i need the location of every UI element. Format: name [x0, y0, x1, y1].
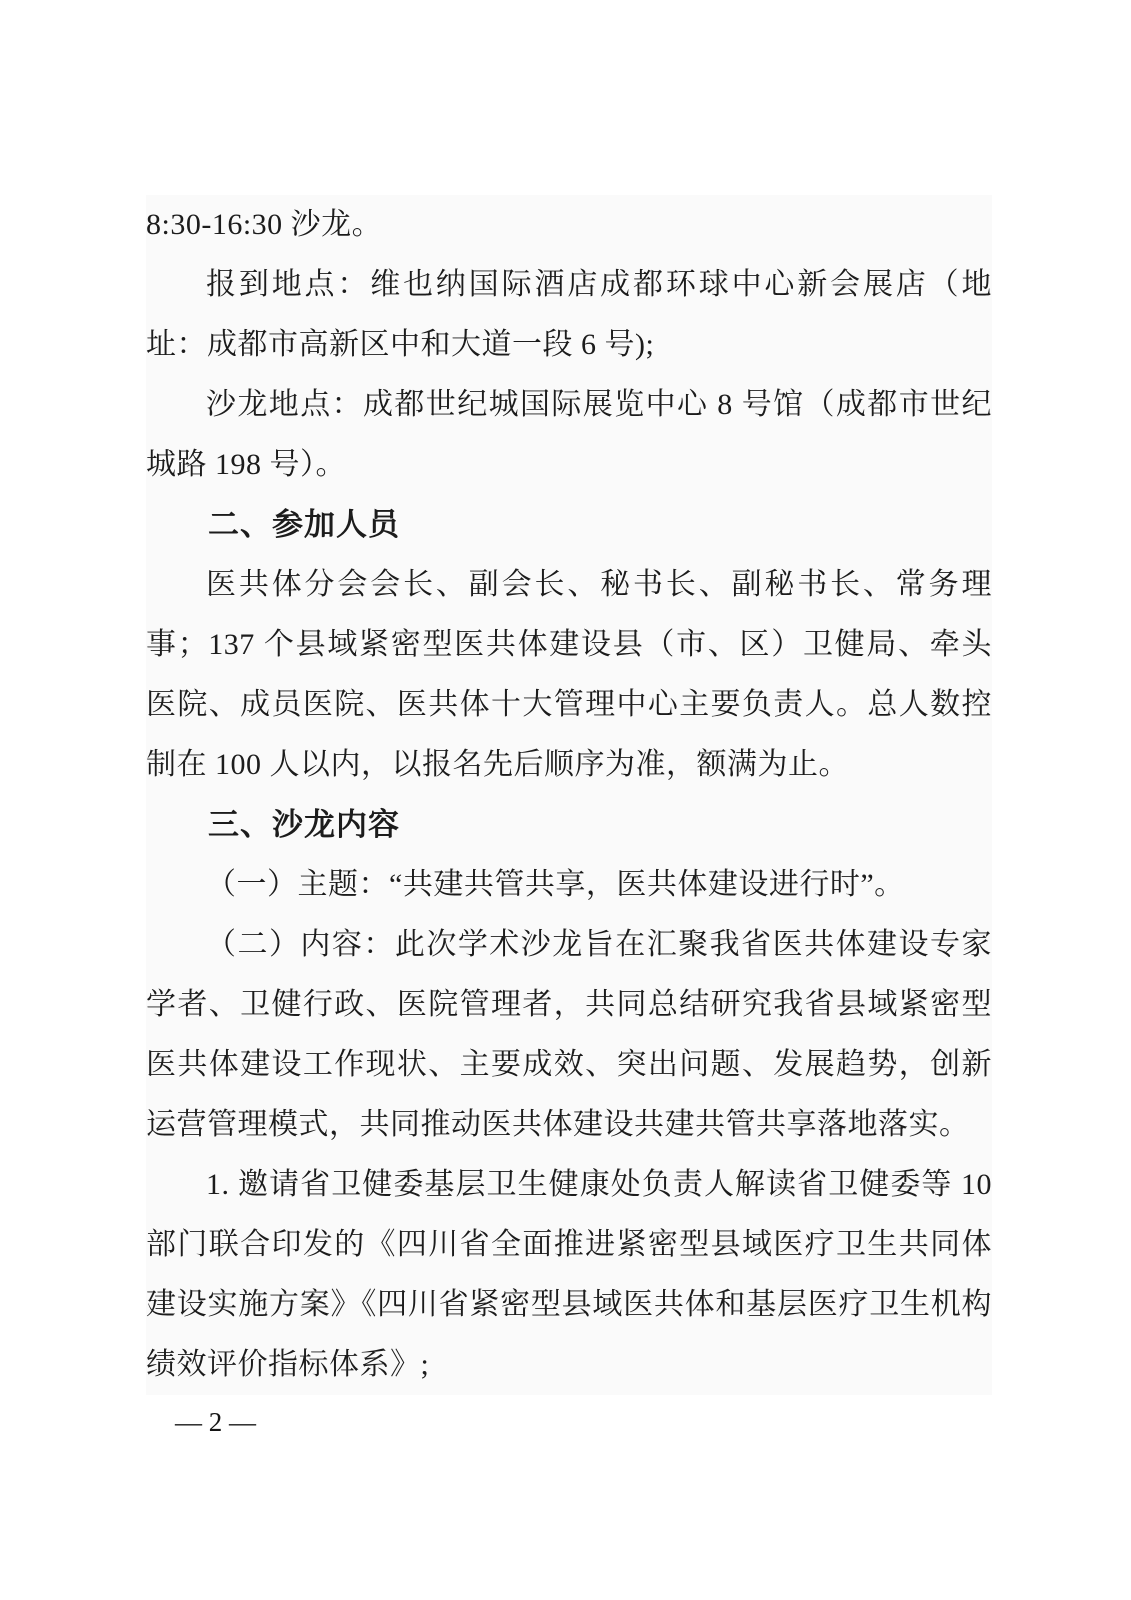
- paragraph-content-item-1: 1. 邀请省卫健委基层卫生健康处负责人解读省卫健委等 10 部门联合印发的《四川…: [146, 1155, 992, 1395]
- section-heading-salon-content: 三、沙龙内容: [146, 795, 992, 855]
- paragraph-content-overview: （二）内容：此次学术沙龙旨在汇聚我省医共体建设专家学者、卫健行政、医院管理者，共…: [146, 915, 992, 1155]
- paragraph-salon-location: 沙龙地点：成都世纪城国际展览中心 8 号馆（成都市世纪城路 198 号）。: [146, 375, 992, 495]
- document-body: 8:30-16:30 沙龙。 报到地点：维也纳国际酒店成都环球中心新会展店（地址…: [146, 195, 992, 1395]
- paragraph-checkin-location: 报到地点：维也纳国际酒店成都环球中心新会展店（地址：成都市高新区中和大道一段 6…: [146, 255, 992, 375]
- section-heading-participants: 二、参加人员: [146, 495, 992, 555]
- paragraph-theme: （一）主题：“共建共管共享，医共体建设进行时”。: [146, 855, 992, 915]
- paragraph-schedule-continuation: 8:30-16:30 沙龙。: [146, 195, 992, 255]
- paragraph-participants: 医共体分会会长、副会长、秘书长、副秘书长、常务理事；137 个县域紧密型医共体建…: [146, 555, 992, 795]
- page-number: — 2 —: [175, 1402, 256, 1442]
